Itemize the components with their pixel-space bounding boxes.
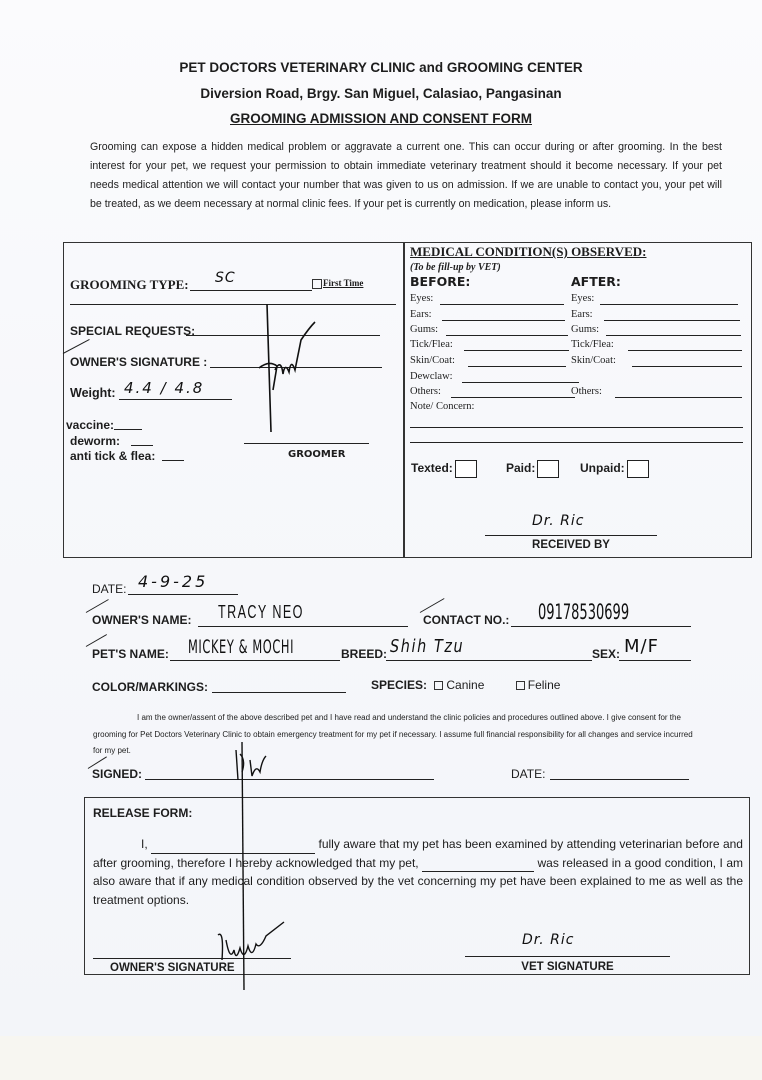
groomer-label: GROOMER (288, 449, 345, 460)
release-text-1: I, (141, 837, 151, 851)
grooming-type-value: SC (215, 270, 236, 286)
sex-value: M/F (624, 636, 659, 657)
signed-label: SIGNED: (92, 767, 142, 781)
date-label: DATE: (92, 582, 126, 596)
special-requests-label: SPECIAL REQUESTS: (70, 324, 195, 338)
before-field-label: Ears: (410, 309, 432, 320)
owner-name-value: TRACY NEO (218, 602, 304, 623)
vaccine-label: vaccine: (66, 418, 114, 432)
species-option-feline[interactable]: Feline (516, 678, 561, 692)
form-title: GROOMING ADMISSION AND CONSENT FORM (0, 111, 762, 126)
deworm-label: deworm: (70, 434, 120, 448)
contact-value: 09178530699 (538, 600, 629, 624)
after-field-label: Others: (571, 386, 602, 397)
grooming-type-extra-line (70, 304, 396, 305)
canine-label: Canine (446, 678, 484, 692)
after-field-input[interactable] (632, 366, 742, 367)
after-label: AFTER: (571, 274, 621, 289)
intro-paragraph: Grooming can expose a hidden medical pro… (90, 138, 722, 214)
species-field: SPECIES: Canine Feline (371, 678, 560, 692)
owner-signature-label: OWNER'S SIGNATURE : (70, 355, 207, 369)
received-by-signature: Dr. Ric (532, 513, 584, 529)
before-field-input[interactable] (462, 382, 579, 383)
before-field-label: Dewclaw: (410, 371, 453, 382)
pet-name-field[interactable] (170, 660, 340, 661)
contact-label: CONTACT NO.: (423, 613, 509, 627)
after-field-input[interactable] (628, 350, 742, 351)
deworm-field[interactable] (131, 445, 153, 446)
breed-value: Shih Tzu (390, 636, 464, 657)
vet-signature-line[interactable] (465, 956, 670, 957)
after-field-label: Skin/Coat: (571, 355, 616, 366)
first-time-checkbox[interactable]: First Time (312, 278, 363, 289)
sex-label: SEX: (592, 647, 620, 661)
after-field-label: Tick/Flea: (571, 339, 614, 350)
admission-box-divider (403, 242, 405, 558)
unpaid-label: Unpaid: (580, 461, 625, 475)
before-field-label: Tick/Flea: (410, 339, 453, 350)
note-line-2[interactable] (410, 442, 743, 443)
color-markings-field[interactable] (212, 692, 346, 693)
scanner-bed-margin (0, 1036, 762, 1080)
color-markings-label: COLOR/MARKINGS: (92, 680, 208, 694)
owner-signature-scribble (255, 300, 325, 440)
owner-name-field[interactable] (198, 626, 408, 627)
breed-label: BREED: (341, 647, 387, 661)
before-field-input[interactable] (451, 397, 575, 398)
after-field-label: Eyes: (571, 293, 594, 304)
feline-checkbox[interactable] (516, 681, 525, 690)
date-value: 4-9-25 (138, 572, 208, 591)
before-field-input[interactable] (464, 350, 569, 351)
clinic-address: Diversion Road, Brgy. San Miguel, Calasi… (0, 86, 762, 101)
texted-label: Texted: (411, 461, 453, 475)
owner-signature-scribble (200, 740, 300, 1000)
before-field-input[interactable] (440, 304, 564, 305)
note-label: Note/ Concern: (410, 401, 474, 412)
medical-subtitle: (To be fill-up by VET) (410, 262, 501, 273)
before-field-input[interactable] (446, 335, 568, 336)
vaccine-field[interactable] (114, 429, 142, 430)
consent-paragraph: I am the owner/assent of the above descr… (93, 710, 698, 760)
consent-date-label: DATE: (511, 767, 545, 781)
paid-checkbox[interactable] (537, 460, 559, 478)
release-form-title: RELEASE FORM: (93, 806, 192, 820)
after-field-input[interactable] (604, 320, 740, 321)
release-pet-name-field[interactable] (422, 871, 534, 872)
feline-label: Feline (528, 678, 561, 692)
species-label: SPECIES: (371, 678, 427, 692)
before-field-input[interactable] (468, 366, 566, 367)
species-option-canine[interactable]: Canine (434, 678, 484, 692)
owner-name-label: OWNER'S NAME: (92, 613, 192, 627)
clinic-name: PET DOCTORS VETERINARY CLINIC and GROOMI… (0, 60, 762, 75)
sex-field[interactable] (619, 660, 691, 661)
received-by-label: RECEIVED BY (485, 539, 657, 551)
after-field-input[interactable] (606, 335, 741, 336)
unpaid-field: Unpaid: (580, 460, 649, 478)
after-field-input[interactable] (615, 397, 742, 398)
pet-name-value: MICKEY & MOCHI (188, 636, 294, 658)
first-time-label: First Time (323, 278, 363, 288)
grooming-type-field[interactable] (190, 290, 312, 291)
weight-label: Weight: (70, 386, 116, 400)
first-time-box[interactable] (312, 279, 322, 289)
after-field-label: Gums: (571, 324, 599, 335)
texted-checkbox[interactable] (455, 460, 477, 478)
breed-field[interactable] (386, 660, 592, 661)
paid-field: Paid: (506, 460, 559, 478)
before-label: BEFORE: (410, 274, 470, 289)
note-line-1[interactable] (410, 427, 743, 428)
release-form-paragraph: I, fully aware that my pet has been exam… (93, 835, 743, 909)
vet-signature-label: VET SIGNATURE (465, 961, 670, 973)
weight-field[interactable] (119, 399, 232, 400)
before-field-label: Skin/Coat: (410, 355, 455, 366)
before-field-input[interactable] (442, 320, 565, 321)
consent-date-field[interactable] (550, 779, 689, 780)
grooming-type-label: GROOMING TYPE: (70, 277, 189, 293)
pet-name-label: PET'S NAME: (92, 647, 169, 661)
before-field-label: Eyes: (410, 293, 433, 304)
medical-title: MEDICAL CONDITION(S) OBSERVED: (410, 244, 646, 260)
vet-signature-value: Dr. Ric (522, 932, 574, 948)
after-field-input[interactable] (600, 304, 738, 305)
paid-label: Paid: (506, 461, 535, 475)
after-field-label: Ears: (571, 309, 593, 320)
date-field[interactable] (128, 594, 238, 595)
anti-tick-field[interactable] (162, 460, 184, 461)
anti-tick-label: anti tick & flea: (70, 449, 155, 463)
canine-checkbox[interactable] (434, 681, 443, 690)
texted-field: Texted: (411, 460, 477, 478)
received-by-line[interactable] (485, 535, 657, 536)
before-field-label: Others: (410, 386, 441, 397)
weight-value: 4.4 / 4.8 (124, 379, 204, 397)
contact-field[interactable] (511, 626, 691, 627)
groomer-signature-line[interactable] (244, 443, 369, 444)
before-field-label: Gums: (410, 324, 438, 335)
unpaid-checkbox[interactable] (627, 460, 649, 478)
